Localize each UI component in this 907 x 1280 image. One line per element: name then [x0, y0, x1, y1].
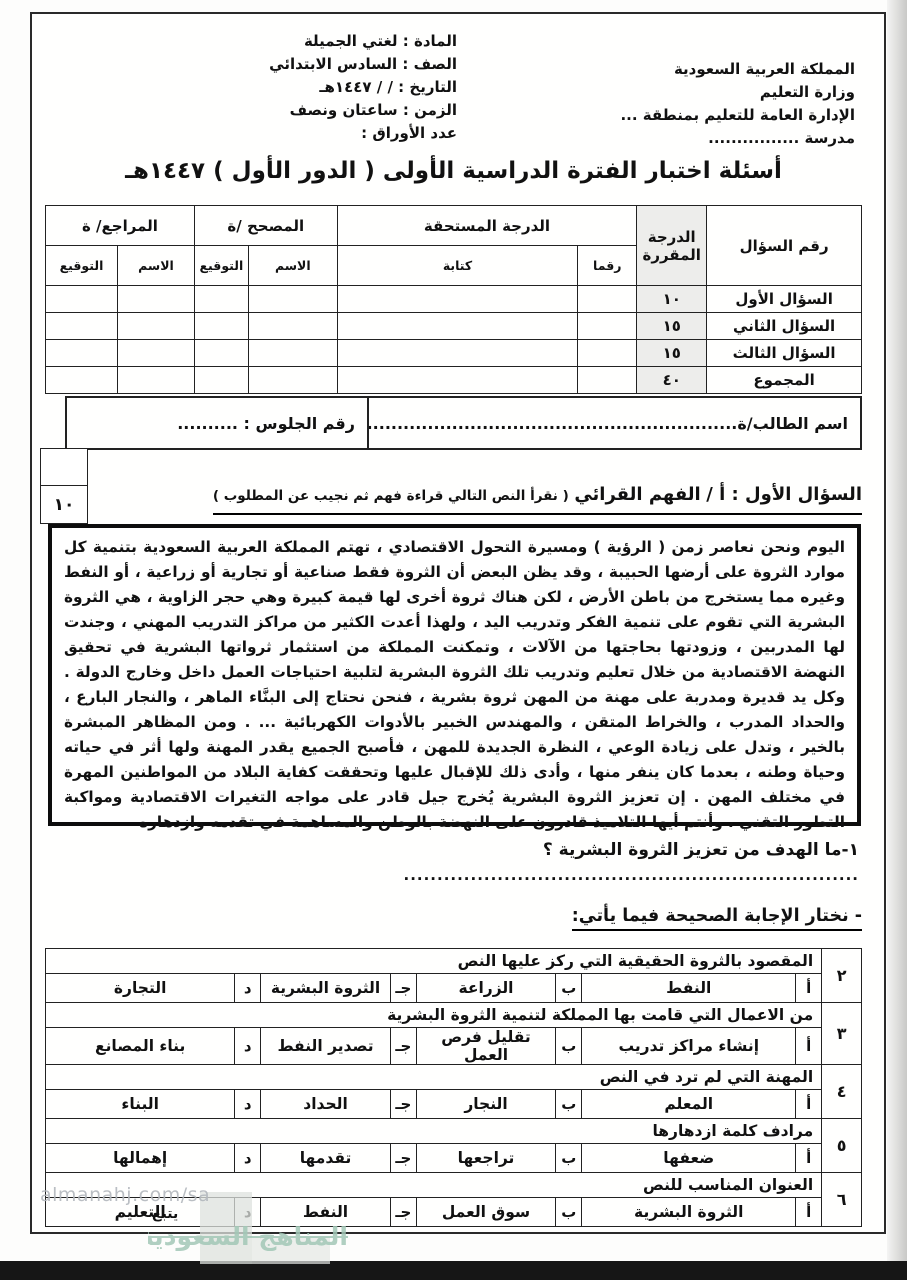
- mcq-row-options: أ النفط ب الزراعة جـ الثروة البشرية د ال…: [46, 974, 862, 1003]
- mcq-q4-number: ٤: [822, 1065, 862, 1119]
- col-corrector: المصحح /ة: [194, 206, 337, 246]
- mcq-q5-letter-b: ب: [556, 1144, 582, 1173]
- col-reviewer-name: الاسم: [117, 246, 194, 286]
- mcq-q4-question: المهنة التي لم ترد في النص: [46, 1065, 822, 1090]
- header-ministry-info: المملكة العربية السعودية وزارة التعليم ا…: [620, 58, 855, 150]
- table-row: السؤال الثاني ١٥: [46, 313, 862, 340]
- mcq-q5-letter-a: أ: [796, 1144, 822, 1173]
- section1-heading: السؤال الأول : أ / الفهم القرائي ( نقرأ …: [213, 484, 862, 515]
- col-assigned-grade: الدرجة المقررة: [637, 206, 707, 286]
- mcq-q2-letter-a: أ: [796, 974, 822, 1003]
- mcq-q2-letter-d: د: [235, 974, 261, 1003]
- mcq-q5-option-c: تقدمها: [261, 1144, 391, 1173]
- mcq-q2-option-b: الزراعة: [416, 974, 556, 1003]
- administration-line: الإدارة العامة للتعليم بمنطقة ...: [620, 104, 855, 127]
- mcq-heading: - نختار الإجابة الصحيحة فيما يأتي:: [572, 906, 862, 931]
- student-name-dots: ........................................…: [367, 414, 737, 433]
- mcq-q3-option-b: تقليل فرص العمل: [416, 1028, 556, 1065]
- score-box-empty-cell: [41, 449, 87, 486]
- question-1-assigned: ١٠: [637, 286, 707, 313]
- score-box-value: ١٠: [41, 486, 87, 523]
- school-line: مدرسة ................: [620, 127, 855, 150]
- exam-title: أسئلة اختبار الفترة الدراسية الأولى ( ال…: [45, 158, 862, 184]
- mcq-q5-number: ٥: [822, 1119, 862, 1173]
- col-written: كتابة: [337, 246, 578, 286]
- scan-edge-bottom: [0, 1261, 907, 1280]
- exam-page: المادة : لغتي الجميلة الصف : السادس الاب…: [0, 0, 907, 1280]
- question-3-label: السؤال الثالث: [707, 340, 862, 367]
- mcq-q6-option-b: سوق العمل: [416, 1198, 556, 1227]
- mcq-q2-option-c: الثروة البشرية: [261, 974, 391, 1003]
- mcq-q4-letter-d: د: [235, 1090, 261, 1119]
- mcq-q6-letter-a: أ: [796, 1198, 822, 1227]
- mcq-row-question: ٤ المهنة التي لم ترد في النص: [46, 1065, 862, 1090]
- watermark-logo: المناهج السعودية: [148, 1222, 348, 1251]
- reading-passage-box: اليوم ونحن نعاصر زمن ( الرؤية ) ومسيرة ا…: [48, 524, 861, 826]
- mcq-q5-option-d: إهمالها: [46, 1144, 235, 1173]
- table-row: السؤال الثالث ١٥: [46, 340, 862, 367]
- col-reviewer-signature: التوقيع: [46, 246, 118, 286]
- col-reviewer: المراجع/ ة: [46, 206, 195, 246]
- date-line: التاريخ : / / ١٤٤٧هـ: [269, 76, 457, 99]
- mcq-row-question: ٢ المقصود بالثروة الحقيقية التي ركز عليه…: [46, 949, 862, 974]
- mcq-q2-letter-b: ب: [556, 974, 582, 1003]
- col-numeric: رقما: [578, 246, 637, 286]
- mcq-q2-question: المقصود بالثروة الحقيقية التي ركز عليها …: [46, 949, 822, 974]
- question-2-assigned: ١٥: [637, 313, 707, 340]
- subject-line: المادة : لغتي الجميلة: [269, 30, 457, 53]
- mcq-q4-option-c: الحداد: [261, 1090, 391, 1119]
- student-info-box: اسم الطالب/ة............................…: [65, 396, 862, 450]
- header-subject-info: المادة : لغتي الجميلة الصف : السادس الاب…: [269, 30, 457, 145]
- mcq-q5-option-a: ضعفها: [582, 1144, 796, 1173]
- col-question-number: رقم السؤال: [707, 206, 862, 286]
- total-label: المجموع: [707, 367, 862, 394]
- question1-text: ١-ما الهدف من تعزيز الثروة البشرية ؟: [543, 840, 859, 860]
- mcq-q4-letter-b: ب: [556, 1090, 582, 1119]
- mcq-q2-option-d: التجارة: [46, 974, 235, 1003]
- pages-count-line: عدد الأوراق :: [269, 122, 457, 145]
- mcq-row-options: أ ضعفها ب تراجعها جـ تقدمها د إهمالها: [46, 1144, 862, 1173]
- mcq-q5-letter-c: جـ: [390, 1144, 416, 1173]
- mcq-q3-letter-d: د: [235, 1028, 261, 1065]
- mcq-q2-number: ٢: [822, 949, 862, 1003]
- mcq-q2-option-a: النفط: [582, 974, 796, 1003]
- total-assigned: ٤٠: [637, 367, 707, 394]
- mcq-q3-letter-b: ب: [556, 1028, 582, 1065]
- mcq-q6-number: ٦: [822, 1173, 862, 1227]
- question-3-assigned: ١٥: [637, 340, 707, 367]
- mcq-q3-letter-a: أ: [796, 1028, 822, 1065]
- mcq-q3-option-d: بناء المصانع: [46, 1028, 235, 1065]
- mcq-q3-number: ٣: [822, 1003, 862, 1065]
- mcq-q6-letter-c: جـ: [390, 1198, 416, 1227]
- seat-number-field: رقم الجلوس : ..........: [67, 398, 367, 448]
- mcq-q6-option-a: الثروة البشرية: [582, 1198, 796, 1227]
- mcq-q5-question: مرادف كلمة ازدهارها: [46, 1119, 822, 1144]
- ministry-line: وزارة التعليم: [620, 81, 855, 104]
- mcq-q4-letter-a: أ: [796, 1090, 822, 1119]
- table-row: السؤال الأول ١٠: [46, 286, 862, 313]
- mcq-q4-option-b: النجار: [416, 1090, 556, 1119]
- mcq-q6-letter-b: ب: [556, 1198, 582, 1227]
- mcq-q4-option-a: المعلم: [582, 1090, 796, 1119]
- mcq-q5-option-b: تراجعها: [416, 1144, 556, 1173]
- col-earned-grade: الدرجة المستحقة: [337, 206, 637, 246]
- mcq-q3-letter-c: جـ: [390, 1028, 416, 1065]
- question-1-label: السؤال الأول: [707, 286, 862, 313]
- col-corrector-name: الاسم: [248, 246, 337, 286]
- grade-line: الصف : السادس الابتدائي: [269, 53, 457, 76]
- table-row: المجموع ٤٠: [46, 367, 862, 394]
- student-name-field: اسم الطالب/ة............................…: [367, 398, 860, 448]
- mcq-q4-letter-c: جـ: [390, 1090, 416, 1119]
- col-corrector-signature: التوقيع: [194, 246, 248, 286]
- mcq-row-question: ٣ من الاعمال التي قامت بها المملكة لتنمي…: [46, 1003, 862, 1028]
- reading-passage-text: اليوم ونحن نعاصر زمن ( الرؤية ) ومسيرة ا…: [64, 535, 845, 835]
- mcq-q5-letter-d: د: [235, 1144, 261, 1173]
- kingdom-line: المملكة العربية السعودية: [620, 58, 855, 81]
- question-2-label: السؤال الثاني: [707, 313, 862, 340]
- section1-name: الفهم القرائي: [574, 484, 700, 505]
- mcq-q3-question: من الاعمال التي قامت بها المملكة لتنمية …: [46, 1003, 822, 1028]
- mcq-row-options: أ المعلم ب النجار جـ الحداد د البناء: [46, 1090, 862, 1119]
- section1-label: السؤال الأول : أ /: [706, 484, 862, 505]
- scan-edge-right: [887, 0, 907, 1262]
- mcq-q2-letter-c: جـ: [390, 974, 416, 1003]
- mcq-q3-option-a: إنشاء مراكز تدريب: [582, 1028, 796, 1065]
- mcq-row-question: ٥ مرادف كلمة ازدهارها: [46, 1119, 862, 1144]
- time-line: الزمن : ساعتان ونصف: [269, 99, 457, 122]
- mcq-q4-option-d: البناء: [46, 1090, 235, 1119]
- mcq-q3-option-c: تصدير النفط: [261, 1028, 391, 1065]
- watermark-url: almanahj.com/sa: [40, 1184, 210, 1206]
- section1-instruction: ( نقرأ النص التالي قراءة فهم ثم نجيب عن …: [213, 488, 569, 504]
- question1-answer-line: ........................................…: [389, 866, 859, 884]
- student-name-label: اسم الطالب/ة: [737, 414, 848, 433]
- grades-table: رقم السؤال الدرجة المقررة الدرجة المستحق…: [45, 205, 862, 394]
- mcq-row-options: أ إنشاء مراكز تدريب ب تقليل فرص العمل جـ…: [46, 1028, 862, 1065]
- question1-score-box: ١٠: [40, 448, 88, 524]
- continued-label: يتبع: [152, 1206, 178, 1222]
